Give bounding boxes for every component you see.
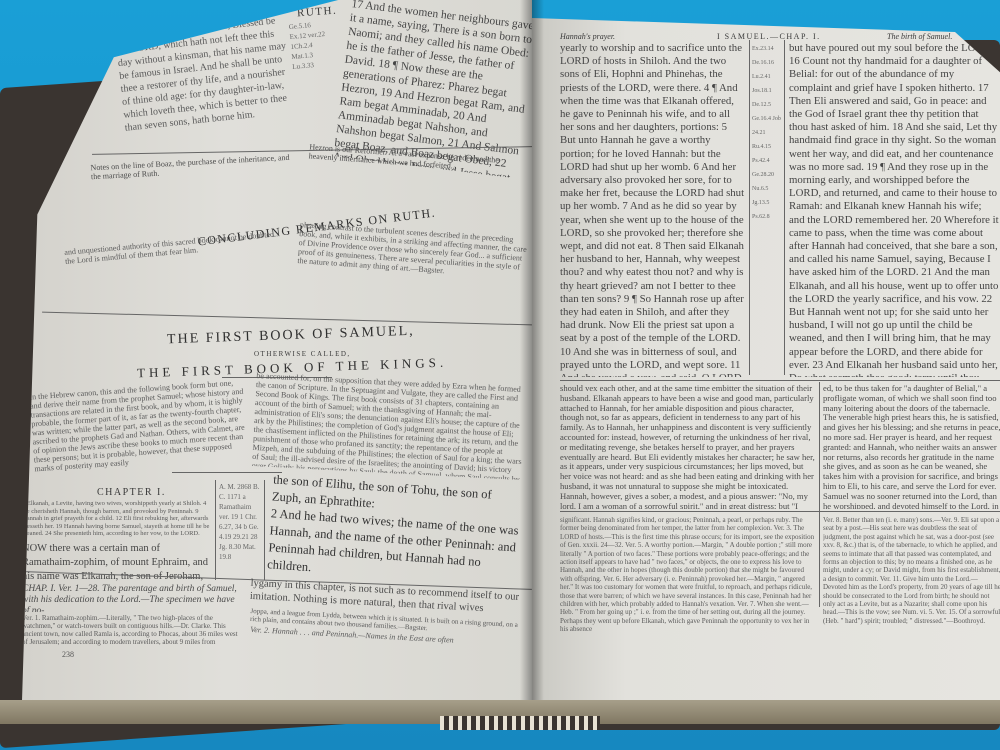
column-rule	[784, 40, 785, 375]
running-head: RUTH.	[297, 5, 338, 20]
ref: ver. 19	[219, 513, 238, 521]
ref: A. M. 2868	[219, 483, 251, 491]
column-rule	[819, 382, 820, 607]
verse: 10 And she was in bitterness of soul, an…	[560, 346, 737, 371]
verse: but have poured out my soul before the L…	[789, 42, 993, 54]
ref: 28	[251, 533, 258, 541]
intro-left: In the Hebrew canon, this and the follow…	[29, 378, 250, 483]
footnote-left: Ver. 1. Ramathaim-zophim.—Literally, " T…	[22, 614, 242, 650]
concluding-text-right: pleasing contrast to the turbulent scene…	[294, 220, 529, 321]
running-head-left: Hannah's prayer.	[560, 32, 615, 41]
divider	[172, 472, 282, 473]
verse: the son of Elihu, the son of Tohu, the s…	[272, 472, 493, 510]
commentary-left: should vex each other, and at the same t…	[560, 384, 815, 509]
ruth-commentary-left: Notes on the line of Boaz, the purchase …	[90, 153, 293, 233]
right-page: Hannah's prayer. I SAMUEL.—CHAP. I. The …	[532, 18, 1000, 718]
divider	[560, 511, 1000, 512]
commentary-right: ed, to be thus taken for "a daughter of …	[823, 384, 1000, 509]
chapter-summary: 1 Elkanah, a Levite, having two wives, w…	[22, 500, 212, 540]
ref: Jg. 8.30	[219, 543, 241, 551]
column-right-verses: but have poured out my soul before the L…	[789, 42, 999, 377]
chapter-heading: CHAPTER I.	[97, 487, 166, 498]
column-rule	[264, 480, 265, 580]
verses-right: the son of Elihu, the son of Tohu, the s…	[267, 471, 523, 588]
margin-references: A. M. 2868 B. C. 1171 a Ramathaim ver. 1…	[219, 482, 261, 582]
commentary-left: CHAP. I. Ver. 1—28. The parentage and bi…	[22, 584, 242, 612]
book-gutter	[520, 0, 544, 720]
verse: 2 And he had two wives; the name of the …	[267, 506, 519, 574]
column-rule	[215, 480, 216, 580]
running-head-right: The birth of Samuel.	[887, 32, 952, 41]
footnote-left: significant. Hannah signifies kind, or g…	[560, 516, 815, 631]
divider	[560, 380, 1000, 381]
margin-references: Ex.23.14 De.16.16 Lu.2.41 Jos.18.1 De.12…	[752, 42, 782, 372]
verse: 23 And Elkanah her husband said unto her…	[789, 359, 998, 377]
left-page: RUTH. the women said unto Naomi, Blessed…	[22, 0, 532, 715]
column-rule	[749, 40, 750, 375]
page-number: 238	[62, 650, 74, 659]
ref: 29.21	[233, 533, 249, 541]
verse-1: NOW there was a certain man of Ramathaim…	[22, 542, 212, 587]
footnote-right: Ver. 8. Better than ten (i. e. many) son…	[823, 516, 1000, 631]
column-left-verses: yearly to worship and to sacrifice unto …	[560, 42, 745, 377]
intro-right: be accounted for, on the supposition tha…	[252, 371, 527, 480]
running-head-center: I SAMUEL.—CHAP. I.	[717, 32, 821, 41]
book-subtitle: OTHERWISE CALLED,	[254, 350, 351, 358]
book-title: THE FIRST BOOK OF SAMUEL,	[167, 324, 415, 349]
verse: 17 And the women her neighbours gave it …	[344, 0, 532, 72]
spine-binding	[440, 716, 600, 730]
verse: 16 Count not thy handmaid for a daughter…	[789, 55, 982, 93]
